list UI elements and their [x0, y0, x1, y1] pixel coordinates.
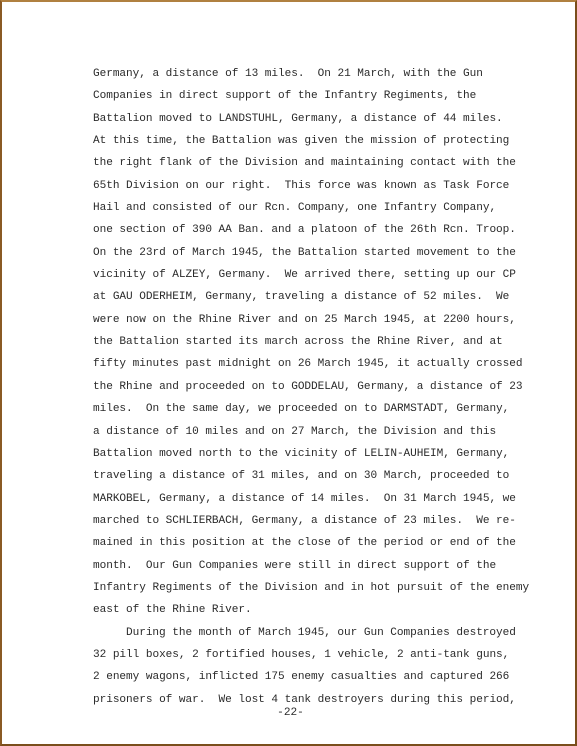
text-line: MARKOBEL, Germany, a distance of 14 mile…	[93, 488, 563, 510]
text-line: Battalion moved north to the vicinity of…	[93, 443, 563, 465]
text-line: Infantry Regiments of the Division and i…	[93, 577, 563, 599]
text-line: a distance of 10 miles and on 27 March, …	[93, 421, 563, 443]
text-line: the Rhine and proceeded on to GODDELAU, …	[93, 376, 563, 398]
text-line: On the 23rd of March 1945, the Battalion…	[93, 242, 563, 264]
text-line: east of the Rhine River.	[93, 599, 563, 621]
text-line: During the month of March 1945, our Gun …	[93, 622, 563, 644]
text-line: At this time, the Battalion was given th…	[93, 130, 563, 152]
text-line: traveling a distance of 31 miles, and on…	[93, 465, 563, 487]
text-line: 32 pill boxes, 2 fortified houses, 1 veh…	[93, 644, 563, 666]
text-line: miles. On the same day, we proceeded on …	[93, 398, 563, 420]
text-line: Germany, a distance of 13 miles. On 21 M…	[93, 63, 563, 85]
text-line: fifty minutes past midnight on 26 March …	[93, 353, 563, 375]
document-body-text: Germany, a distance of 13 miles. On 21 M…	[93, 63, 563, 711]
text-line: mained in this position at the close of …	[93, 532, 563, 554]
text-line: 2 enemy wagons, inflicted 175 enemy casu…	[93, 666, 563, 688]
text-line: were now on the Rhine River and on 25 Ma…	[93, 309, 563, 331]
text-line: vicinity of ALZEY, Germany. We arrived t…	[93, 264, 563, 286]
text-line: one section of 390 AA Ban. and a platoon…	[93, 219, 563, 241]
text-line: Companies in direct support of the Infan…	[93, 85, 563, 107]
text-line: Battalion moved to LANDSTUHL, Germany, a…	[93, 108, 563, 130]
text-line: the Battalion started its march across t…	[93, 331, 563, 353]
document-page: Germany, a distance of 13 miles. On 21 M…	[0, 0, 577, 746]
text-line: Hail and consisted of our Rcn. Company, …	[93, 197, 563, 219]
text-line: 65th Division on our right. This force w…	[93, 175, 563, 197]
text-line: marched to SCHLIERBACH, Germany, a dista…	[93, 510, 563, 532]
text-line: the right flank of the Division and main…	[93, 152, 563, 174]
page-number: -22-	[2, 707, 577, 719]
text-line: month. Our Gun Companies were still in d…	[93, 555, 563, 577]
text-line: at GAU ODERHEIM, Germany, traveling a di…	[93, 286, 563, 308]
